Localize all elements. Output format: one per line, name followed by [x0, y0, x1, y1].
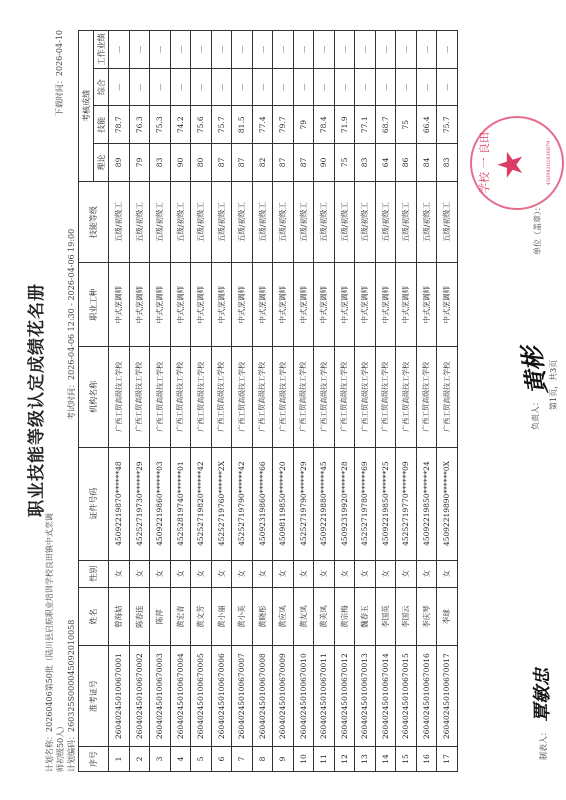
cell-occupation: 中式烹调师: [252, 263, 273, 347]
cell-seq: 9: [273, 746, 294, 771]
table-row: 15260402450100670015李国云女45252719770*****…: [396, 31, 417, 772]
table-row: 9260402450100670009黄应凤女45098119850******…: [273, 31, 294, 772]
cell-occupation: 中式烹调师: [314, 263, 335, 347]
cell-skill: 78.4: [314, 106, 335, 144]
cell-seq: 8: [252, 746, 273, 771]
cell-seq: 1: [109, 746, 130, 771]
cell-org: 广西工贸高级技工学校: [109, 347, 130, 447]
cell-occupation: 中式烹调师: [355, 263, 376, 347]
cell-work-perf: —: [273, 31, 294, 69]
cell-name: 曾海姑: [109, 587, 130, 646]
stamp-number: 45098202436879: [546, 118, 552, 208]
cell-theory: 82: [252, 144, 273, 182]
cell-id-no: 45252719780******69: [355, 447, 376, 560]
cell-skill: 75.3: [150, 106, 171, 144]
cell-level: 五级/初级工: [416, 181, 437, 263]
cell-exam-no: 260402450100670016: [416, 646, 437, 746]
cell-work-perf: —: [211, 31, 232, 69]
stamp-text: 学校 一 良田: [476, 124, 492, 202]
cell-seq: 14: [375, 746, 396, 771]
cell-theory: 75: [334, 144, 355, 182]
header-gender: 性别: [79, 560, 109, 587]
cell-seq: 3: [150, 746, 171, 771]
cell-name: 黄美凤: [314, 587, 335, 646]
cell-overall: —: [375, 68, 396, 106]
cell-work-perf: —: [396, 31, 417, 69]
cell-name: 李国英: [375, 587, 396, 646]
table-row: 13260402450100670013魏春玉女45252719780*****…: [355, 31, 376, 772]
responsible-label: 负责人：: [530, 398, 541, 430]
table-row: 3260402450100670003陈萍女45092219860******0…: [150, 31, 171, 772]
document-sheet: 职业技能等级认定成绩花名册 计划名称：20260406第50批（陆川县启航职业培…: [0, 0, 566, 800]
official-stamp: 学校 一 良田 ★ 45098202436879: [470, 116, 564, 210]
cell-gender: 女: [293, 560, 314, 587]
cell-theory: 84: [416, 144, 437, 182]
page-number: 第1页，共3页: [548, 360, 559, 410]
header-org: 机构名称: [79, 347, 109, 447]
cell-level: 五级/初级工: [150, 181, 171, 263]
cell-seq: 2: [129, 746, 150, 771]
cell-overall: —: [437, 68, 458, 106]
cell-skill: 66.4: [416, 106, 437, 144]
cell-id-no: 45252719730******29: [129, 447, 150, 560]
cell-org: 广西工贸高级技工学校: [334, 347, 355, 447]
cell-theory: 90: [314, 144, 335, 182]
table-row: 2260402450100670002陈春连女45252719730******…: [129, 31, 150, 772]
cell-gender: 女: [437, 560, 458, 587]
cell-exam-no: 260402450100670014: [375, 646, 396, 746]
cell-theory: 90: [170, 144, 191, 182]
cell-exam-no: 260402450100670013: [355, 646, 376, 746]
cell-name: 黄小丽: [211, 587, 232, 646]
cell-seq: 13: [355, 746, 376, 771]
cell-skill: 79: [293, 106, 314, 144]
cell-org: 广西工贸高级技工学校: [170, 347, 191, 447]
cell-gender: 女: [150, 560, 171, 587]
cell-occupation: 中式烹调师: [191, 263, 212, 347]
cell-org: 广西工贸高级技工学校: [191, 347, 212, 447]
cell-org: 广西工贸高级技工学校: [129, 347, 150, 447]
cell-name: 黄文芳: [191, 587, 212, 646]
table-row: 16260402450100670016李庆琴女45092219850*****…: [416, 31, 437, 772]
header-overall: 综合: [94, 68, 109, 106]
cell-theory: 86: [396, 144, 417, 182]
cell-seq: 5: [191, 746, 212, 771]
cell-theory: 83: [355, 144, 376, 182]
cell-theory: 89: [109, 144, 130, 182]
cell-skill: 81.5: [232, 106, 253, 144]
cell-occupation: 中式烹调师: [437, 263, 458, 347]
cell-work-perf: —: [170, 31, 191, 69]
cell-level: 五级/初级工: [293, 181, 314, 263]
table-row: 7260402450100670007黄小美女45252719790******…: [232, 31, 253, 772]
cell-work-perf: —: [232, 31, 253, 69]
cell-exam-no: 260402450100670005: [191, 646, 212, 746]
cell-org: 广西工贸高级技工学校: [437, 347, 458, 447]
cell-skill: 75.7: [211, 106, 232, 144]
cell-overall: —: [191, 68, 212, 106]
cell-overall: —: [293, 68, 314, 106]
cell-level: 五级/初级工: [375, 181, 396, 263]
cell-occupation: 中式烹调师: [170, 263, 191, 347]
cell-work-perf: —: [334, 31, 355, 69]
header-scores: 考核成绩: [79, 31, 94, 182]
cell-level: 五级/初级工: [314, 181, 335, 263]
cell-exam-no: 260402450100670012: [334, 646, 355, 746]
cell-skill: 78.7: [109, 106, 130, 144]
cell-exam-no: 260402450100670008: [252, 646, 273, 746]
cell-gender: 女: [375, 560, 396, 587]
table-row: 5260402450100670005黄文芳女45252719820******…: [191, 31, 212, 772]
cell-occupation: 中式烹调师: [273, 263, 294, 347]
cell-org: 广西工贸高级技工学校: [416, 347, 437, 447]
cell-id-no: 45252719760******2X: [211, 447, 232, 560]
table-row: 10260402450100670010黄友凤女45252719790*****…: [293, 31, 314, 772]
cell-name: 陈萍: [150, 587, 171, 646]
cell-id-no: 45098119850******20: [273, 447, 294, 560]
cell-seq: 15: [396, 746, 417, 771]
cell-overall: —: [334, 68, 355, 106]
cell-level: 五级/初级工: [355, 181, 376, 263]
cell-theory: 83: [150, 144, 171, 182]
cell-exam-no: 260402450100670004: [170, 646, 191, 746]
cell-gender: 女: [191, 560, 212, 587]
cell-overall: —: [273, 68, 294, 106]
cell-id-no: 45252719820******42: [191, 447, 212, 560]
cell-seq: 11: [314, 746, 335, 771]
cell-skill: 77.1: [355, 106, 376, 144]
responsible-signature: 黄彬: [512, 345, 553, 397]
cell-exam-no: 260402450100670010: [293, 646, 314, 746]
cell-work-perf: —: [252, 31, 273, 69]
table-row: 12260402450100670012黄宗梅女45092319920*****…: [334, 31, 355, 772]
cell-exam-no: 260402450100670015: [396, 646, 417, 746]
cell-overall: —: [150, 68, 171, 106]
cell-org: 广西工贸高级技工学校: [232, 347, 253, 447]
cell-exam-no: 260402450100670017: [437, 646, 458, 746]
cell-occupation: 中式烹调师: [232, 263, 253, 347]
cell-work-perf: —: [416, 31, 437, 69]
cell-occupation: 中式烹调师: [293, 263, 314, 347]
cell-level: 五级/初级工: [109, 181, 130, 263]
cell-name: 黄友凤: [293, 587, 314, 646]
cell-name: 黄小美: [232, 587, 253, 646]
cell-gender: 女: [416, 560, 437, 587]
download-time: 下载时间：2026-04-10: [54, 30, 65, 116]
cell-seq: 12: [334, 746, 355, 771]
header-exam-no: 准考证号: [79, 646, 109, 746]
cell-work-perf: —: [293, 31, 314, 69]
exam-time: 考试时间：2026-04-06 12:30 - 2026-04-06 19:00: [66, 229, 77, 420]
plan-name: 计划名称：20260406第50批（陆川县启航职业培训学校良田镇中式烹调师初级5…: [44, 512, 66, 772]
cell-occupation: 中式烹调师: [109, 263, 130, 347]
cell-theory: 83: [437, 144, 458, 182]
cell-level: 五级/初级工: [437, 181, 458, 263]
cell-skill: 71.9: [334, 106, 355, 144]
cell-overall: —: [232, 68, 253, 106]
cell-name: 李国云: [396, 587, 417, 646]
cell-occupation: 中式烹调师: [334, 263, 355, 347]
cell-work-perf: —: [109, 31, 130, 69]
cell-skill: 75.7: [437, 106, 458, 144]
cell-skill: 68.7: [375, 106, 396, 144]
cell-occupation: 中式烹调师: [211, 263, 232, 347]
cell-id-no: 45092319920******28: [334, 447, 355, 560]
header-theory: 理论: [94, 144, 109, 182]
cell-level: 五级/初级工: [334, 181, 355, 263]
cell-work-perf: —: [437, 31, 458, 69]
cell-exam-no: 260402450100670002: [129, 646, 150, 746]
cell-seq: 10: [293, 746, 314, 771]
cell-overall: —: [252, 68, 273, 106]
cell-theory: 80: [191, 144, 212, 182]
cell-seq: 16: [416, 746, 437, 771]
cell-occupation: 中式烹调师: [150, 263, 171, 347]
cell-seq: 4: [170, 746, 191, 771]
header-level: 技能等级: [79, 181, 109, 263]
cell-work-perf: —: [129, 31, 150, 69]
header-row-1: 序号 准考证号 姓名 性别 证件号码 机构名称 职业工种 技能等级 考核成绩: [79, 31, 94, 772]
cell-name: 黄应凤: [273, 587, 294, 646]
cell-overall: —: [109, 68, 130, 106]
cell-work-perf: —: [191, 31, 212, 69]
cell-level: 五级/初级工: [252, 181, 273, 263]
cell-org: 广西工贸高级技工学校: [273, 347, 294, 447]
cell-gender: 女: [314, 560, 335, 587]
cell-id-no: 45252719770******09: [396, 447, 417, 560]
cell-id-no: 45092219890******0X: [437, 447, 458, 560]
cell-seq: 17: [437, 746, 458, 771]
table-row: 4260402450100670004黄宏青女45252819740******…: [170, 31, 191, 772]
plan-id: 计划编码：260325S000045092010058: [66, 620, 77, 772]
cell-skill: 79.7: [273, 106, 294, 144]
unit-stamp-label: 单位（盖章）：: [532, 203, 543, 255]
header-skill: 技能: [94, 106, 109, 144]
table-row: 8260402450100670008黄晓彤女45092319860******…: [252, 31, 273, 772]
cell-org: 广西工贸高级技工学校: [150, 347, 171, 447]
table-row: 11260402450100670011黄美凤女45092219880*****…: [314, 31, 335, 772]
cell-overall: —: [211, 68, 232, 106]
cell-org: 广西工贸高级技工学校: [355, 347, 376, 447]
cell-skill: 75.6: [191, 106, 212, 144]
cell-name: 黄宏青: [170, 587, 191, 646]
cell-gender: 女: [273, 560, 294, 587]
cell-gender: 女: [334, 560, 355, 587]
cell-id-no: 45092219860******03: [150, 447, 171, 560]
cell-work-perf: —: [375, 31, 396, 69]
cell-id-no: 45092219870******48: [109, 447, 130, 560]
cell-level: 五级/初级工: [396, 181, 417, 263]
stamp-star-icon: ★: [494, 150, 528, 180]
cell-id-no: 45252819740******01: [170, 447, 191, 560]
cell-exam-no: 260402450100670001: [109, 646, 130, 746]
cell-work-perf: —: [150, 31, 171, 69]
cell-id-no: 45252719790******29: [293, 447, 314, 560]
cell-gender: 女: [170, 560, 191, 587]
cell-name: 陈春连: [129, 587, 150, 646]
header-seq: 序号: [79, 746, 109, 771]
table-row: 14260402450100670014李国英女45092219850*****…: [375, 31, 396, 772]
cell-theory: 87: [232, 144, 253, 182]
cell-theory: 87: [273, 144, 294, 182]
cell-occupation: 中式烹调师: [396, 263, 417, 347]
cell-org: 广西工贸高级技工学校: [211, 347, 232, 447]
cell-name: 李庆琴: [416, 587, 437, 646]
cell-skill: 74.2: [170, 106, 191, 144]
cell-theory: 79: [129, 144, 150, 182]
cell-level: 五级/初级工: [129, 181, 150, 263]
cell-exam-no: 260402450100670011: [314, 646, 335, 746]
header-work-perf: 工作业绩: [94, 31, 109, 69]
cell-id-no: 45092219850******25: [375, 447, 396, 560]
cell-name: 黄晓彤: [252, 587, 273, 646]
cell-overall: —: [170, 68, 191, 106]
cell-skill: 77.4: [252, 106, 273, 144]
cell-skill: 75: [396, 106, 417, 144]
cell-gender: 女: [109, 560, 130, 587]
maker-label: 制表人：: [538, 728, 549, 760]
cell-skill: 76.3: [129, 106, 150, 144]
cell-org: 广西工贸高级技工学校: [396, 347, 417, 447]
cell-exam-no: 260402450100670003: [150, 646, 171, 746]
header-name: 姓名: [79, 587, 109, 646]
cell-id-no: 45092319860******66: [252, 447, 273, 560]
cell-name: 黄宗梅: [334, 587, 355, 646]
cell-level: 五级/初级工: [273, 181, 294, 263]
cell-theory: 87: [293, 144, 314, 182]
table-row: 6260402450100670006黄小丽女45252719760******…: [211, 31, 232, 772]
cell-gender: 女: [211, 560, 232, 587]
header-id-no: 证件号码: [79, 447, 109, 560]
cell-gender: 女: [355, 560, 376, 587]
cell-overall: —: [416, 68, 437, 106]
maker-signature: 覃敏忠: [528, 668, 554, 722]
score-table: 序号 准考证号 姓名 性别 证件号码 机构名称 职业工种 技能等级 考核成绩 理…: [78, 30, 458, 772]
cell-overall: —: [355, 68, 376, 106]
cell-overall: —: [314, 68, 335, 106]
cell-exam-no: 260402450100670006: [211, 646, 232, 746]
cell-level: 五级/初级工: [232, 181, 253, 263]
table-row: 1260402450100670001曾海姑女45092219870******…: [109, 31, 130, 772]
cell-gender: 女: [129, 560, 150, 587]
cell-name: 魏春玉: [355, 587, 376, 646]
cell-org: 广西工贸高级技工学校: [375, 347, 396, 447]
cell-id-no: 45252719790******42: [232, 447, 253, 560]
cell-level: 五级/初级工: [191, 181, 212, 263]
cell-level: 五级/初级工: [211, 181, 232, 263]
header-occupation: 职业工种: [79, 263, 109, 347]
cell-level: 五级/初级工: [170, 181, 191, 263]
cell-seq: 6: [211, 746, 232, 771]
cell-overall: —: [396, 68, 417, 106]
cell-exam-no: 260402450100670009: [273, 646, 294, 746]
cell-exam-no: 260402450100670007: [232, 646, 253, 746]
cell-name: 李球: [437, 587, 458, 646]
cell-gender: 女: [396, 560, 417, 587]
cell-org: 广西工贸高级技工学校: [293, 347, 314, 447]
cell-work-perf: —: [355, 31, 376, 69]
cell-id-no: 45092219850******24: [416, 447, 437, 560]
cell-org: 广西工贸高级技工学校: [252, 347, 273, 447]
cell-occupation: 中式烹调师: [416, 263, 437, 347]
cell-occupation: 中式烹调师: [375, 263, 396, 347]
table-row: 17260402450100670017李球女45092219890******…: [437, 31, 458, 772]
cell-gender: 女: [232, 560, 253, 587]
cell-theory: 87: [211, 144, 232, 182]
cell-work-perf: —: [314, 31, 335, 69]
cell-occupation: 中式烹调师: [129, 263, 150, 347]
cell-overall: —: [129, 68, 150, 106]
cell-seq: 7: [232, 746, 253, 771]
cell-org: 广西工贸高级技工学校: [314, 347, 335, 447]
cell-gender: 女: [252, 560, 273, 587]
cell-id-no: 45092219880******45: [314, 447, 335, 560]
cell-theory: 64: [375, 144, 396, 182]
